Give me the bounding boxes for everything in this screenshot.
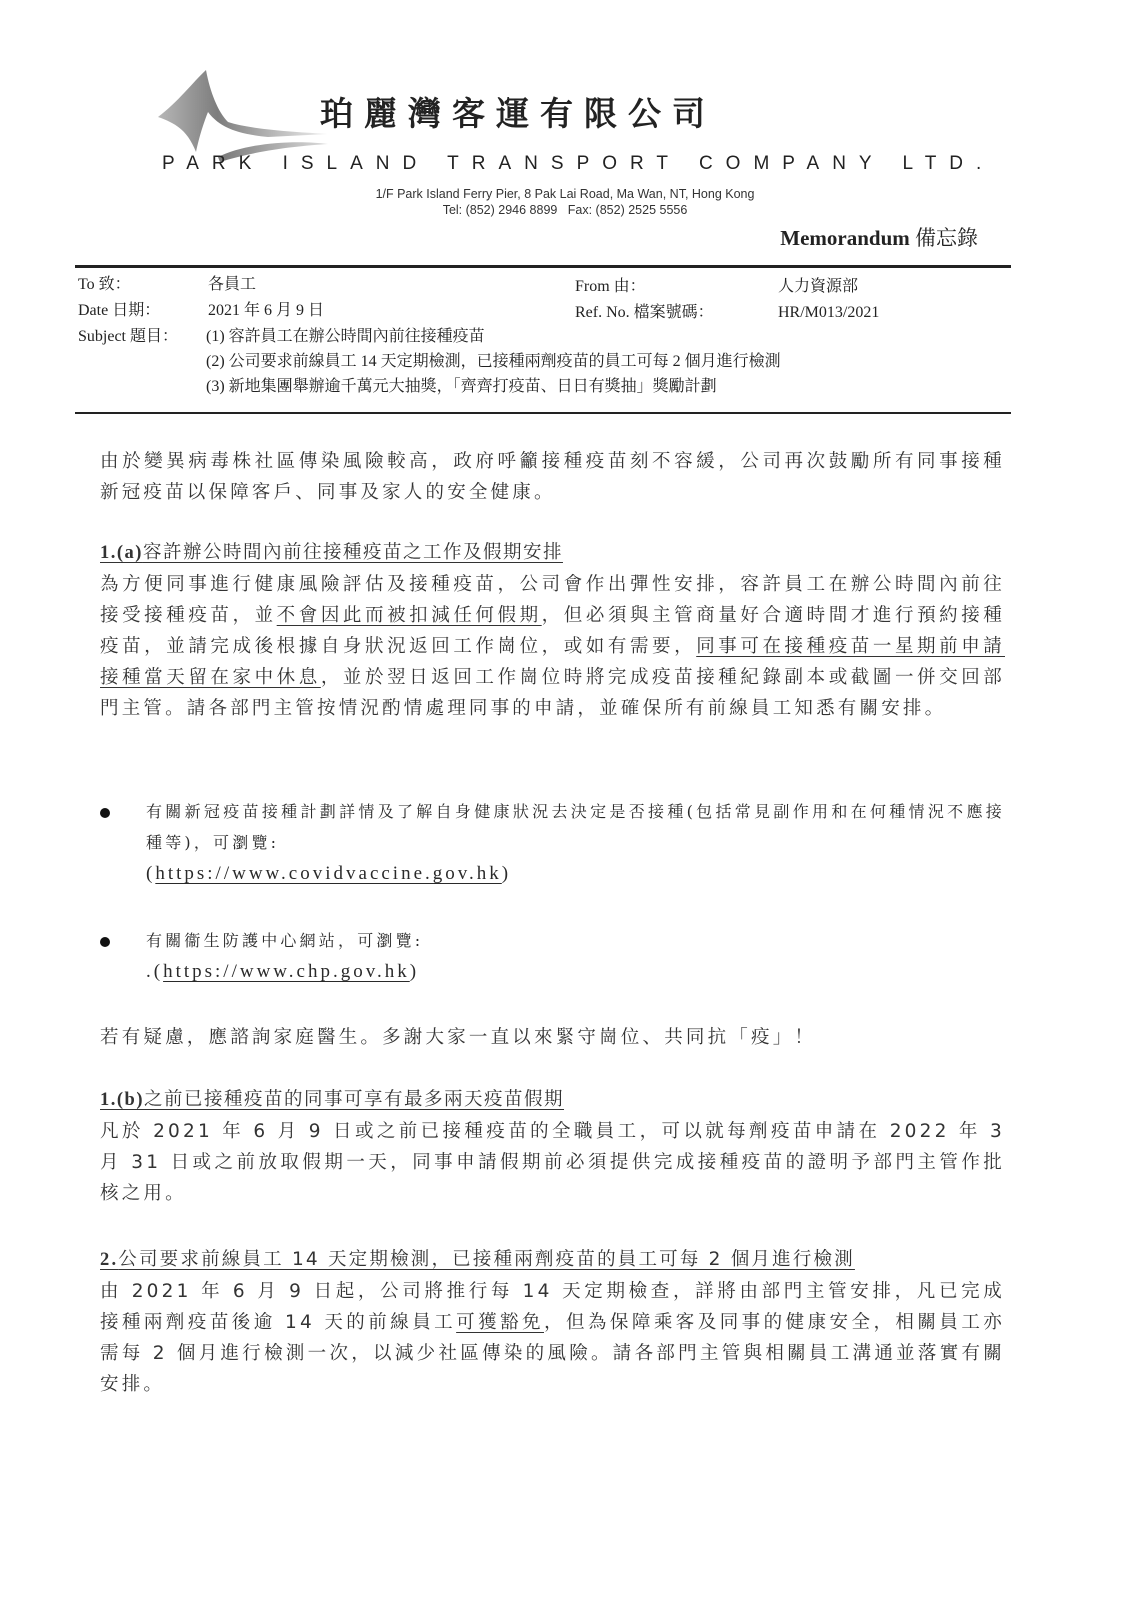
- emphasis-no-leave-deduction: 不會因此而被扣減任何假期: [277, 605, 542, 626]
- company-name-english: PARK ISLAND TRANSPORT COMPANY LTD.: [162, 153, 994, 175]
- section-1a-heading: 1.(a)容許辦公時間內前往接種疫苗之工作及假期安排: [100, 537, 1005, 569]
- document-type-en: Memorandum: [780, 226, 910, 250]
- section-2-paragraph: 由 2021 年 6 月 9 日起，公司將推行每 14 天定期檢查，詳將由部門主…: [100, 1276, 1005, 1400]
- section-2-heading: 2.公司要求前線員工 14 天定期檢測，已接種兩劑疫苗的員工可每 2 個月進行檢…: [100, 1244, 1005, 1276]
- section-1b: 1.(b)之前已接種疫苗的同事可享有最多兩天疫苗假期 凡於 2021 年 6 月…: [100, 1084, 1005, 1209]
- emphasis-exempted: 可獲豁免: [456, 1312, 544, 1333]
- to-value: 各員工: [208, 272, 256, 297]
- header-top-rule: [75, 265, 1011, 268]
- subject-list: (1) 容許員工在辦公時間內前往接種疫苗 (2) 公司要求前線員工 14 天定期…: [206, 324, 781, 399]
- company-address-block: 1/F Park Island Ferry Pier, 8 Pak Lai Ro…: [330, 186, 800, 218]
- date-value: 2021 年 6 月 9 日: [208, 298, 324, 323]
- bullet-text: 有關新冠疫苗接種計劃詳情及了解自身健康狀況去決定是否接種(包括常見副作用和在何種…: [146, 796, 1005, 858]
- subject-item: (2) 公司要求前線員工 14 天定期檢測，已接種兩劑疫苗的員工可每 2 個月進…: [206, 349, 781, 374]
- section-1b-paragraph: 凡於 2021 年 6 月 9 日或之前已接種疫苗的全職員工，可以就每劑疫苗申請…: [100, 1116, 1005, 1209]
- text-run: (: [146, 863, 155, 884]
- text-run: ): [502, 863, 511, 884]
- document-type-cn: 備忘錄: [915, 226, 978, 250]
- section-1a-title: 容許辦公時間內前往接種疫苗之工作及假期安排: [143, 542, 563, 563]
- section-2-title: 公司要求前線員工 14 天定期檢測，已接種兩劑疫苗的員工可每 2 個月進行檢測: [118, 1249, 855, 1270]
- ref-value: HR/M013/2021: [778, 300, 879, 325]
- subject-item: (3) 新地集團舉辦逾千萬元大抽獎，「齊齊打疫苗、日日有獎抽」獎勵計劃: [206, 374, 781, 399]
- from-label: From 由：: [575, 274, 646, 299]
- section-2: 2.公司要求前線員工 14 天定期檢測，已接種兩劑疫苗的員工可每 2 個月進行檢…: [100, 1244, 1005, 1400]
- bullet-text: 有關衞生防護中心網站，可瀏覽:: [146, 925, 1005, 956]
- to-label: To 致：: [78, 272, 131, 297]
- link-covidvaccine[interactable]: https://www.covidvaccine.gov.hk: [155, 863, 501, 884]
- closing-remark: 若有疑慮，應諮詢家庭醫生。多謝大家一直以來緊守崗位、共同抗「疫」！: [100, 1022, 1005, 1053]
- intro-section: 由於變異病毒株社區傳染風險較高，政府呼籲接種疫苗刻不容緩，公司再次鼓勵所有同事接…: [100, 446, 1005, 508]
- section-1b-heading: 1.(b)之前已接種疫苗的同事可享有最多兩天疫苗假期: [100, 1084, 1005, 1116]
- text-run: ): [410, 961, 419, 982]
- subject-item: (1) 容許員工在辦公時間內前往接種疫苗: [206, 324, 781, 349]
- header-bottom-rule: [75, 412, 1011, 414]
- section-1b-number: 1.(b): [100, 1090, 144, 1110]
- company-contact: Tel: (852) 2946 8899 Fax: (852) 2525 555…: [330, 202, 800, 218]
- link-chp[interactable]: https://www.chp.gov.hk: [163, 961, 410, 982]
- from-value: 人力資源部: [778, 274, 858, 299]
- section-2-number: 2.: [100, 1250, 118, 1270]
- section-1a-number: 1.(a): [100, 543, 143, 563]
- bullet-item-chp: 有關衞生防護中心網站，可瀏覽: .(https://www.chp.gov.hk…: [100, 925, 1005, 987]
- bullet-icon: [100, 937, 110, 947]
- section-1a: 1.(a)容許辦公時間內前往接種疫苗之工作及假期安排 為方便同事進行健康風險評估…: [100, 537, 1005, 724]
- company-name-chinese: 珀麗灣客運有限公司: [320, 88, 716, 135]
- section-1a-paragraph: 為方便同事進行健康風險評估及接種疫苗，公司會作出彈性安排，容許員工在辦公時間內前…: [100, 569, 1005, 724]
- company-address: 1/F Park Island Ferry Pier, 8 Pak Lai Ro…: [330, 186, 800, 202]
- ref-label: Ref. No. 檔案號碼：: [575, 300, 714, 325]
- closing-paragraph: 若有疑慮，應諮詢家庭醫生。多謝大家一直以來緊守崗位、共同抗「疫」！: [100, 1022, 1005, 1053]
- intro-paragraph: 由於變異病毒株社區傳染風險較高，政府呼籲接種疫苗刻不容緩，公司再次鼓勵所有同事接…: [100, 446, 1005, 508]
- text-run: .(: [146, 961, 163, 982]
- bullet-icon: [100, 808, 110, 818]
- subject-label: Subject 題目：: [78, 324, 178, 349]
- document-type: Memorandum 備忘錄: [780, 222, 978, 252]
- date-label: Date 日期：: [78, 298, 160, 323]
- section-1b-title: 之前已接種疫苗的同事可享有最多兩天疫苗假期: [144, 1089, 564, 1110]
- bullet-item-covidvaccine: 有關新冠疫苗接種計劃詳情及了解自身健康狀況去決定是否接種(包括常見副作用和在何種…: [100, 796, 1005, 889]
